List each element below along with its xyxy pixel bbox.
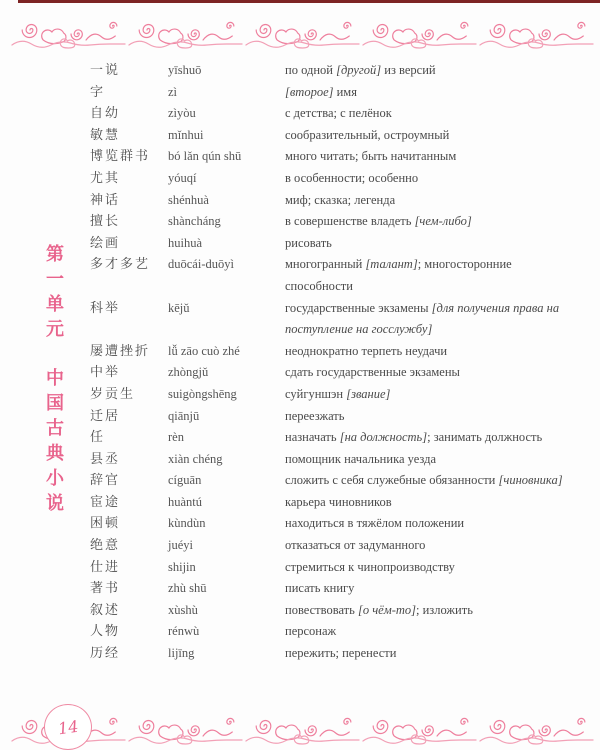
hanzi-text: 屡遭挫折 bbox=[90, 341, 168, 363]
hanzi-text: 自幼 bbox=[90, 103, 168, 125]
pinyin-text: zhù shū bbox=[168, 578, 285, 600]
pinyin-text: shàncháng bbox=[168, 211, 285, 233]
vocab-row: 一说 yīshuō по одной [другой] из версий bbox=[90, 60, 578, 82]
translation-text: повествовать [о чём-то]; изложить bbox=[285, 600, 578, 622]
pinyin-text: xùshù bbox=[168, 600, 285, 622]
vocab-row: 神话 shénhuà миф; сказка; легенда bbox=[90, 190, 578, 212]
vocab-row: 敏慧 mǐnhui сообразительный, остроумный bbox=[90, 125, 578, 147]
hanzi-text: 一说 bbox=[90, 60, 168, 82]
top-cloud-border bbox=[10, 14, 595, 50]
translation-text: сдать государственные экзамены bbox=[285, 362, 578, 384]
pinyin-text: qiānjū bbox=[168, 406, 285, 428]
translation-text: по одной [другой] из версий bbox=[285, 60, 578, 82]
vocab-row: 博览群书 bó lǎn qún shū много читать; быть н… bbox=[90, 146, 578, 168]
vocab-row: 科举 kējǔ государственные экзамены [для по… bbox=[90, 298, 578, 341]
translation-text: сложить с себя служебные обязанности [чи… bbox=[285, 470, 578, 492]
hanzi-text: 科举 bbox=[90, 298, 168, 320]
top-rule-line bbox=[18, 0, 600, 3]
pinyin-text: shijin bbox=[168, 557, 285, 579]
vocab-row: 尤其 yóuqí в особенности; особенно bbox=[90, 168, 578, 190]
translation-text: в особенности; особенно bbox=[285, 168, 578, 190]
cloud-scroll-ornament-icon bbox=[10, 710, 595, 746]
hanzi-text: 尤其 bbox=[90, 168, 168, 190]
translation-text: многогранный [талант]; многосторонние сп… bbox=[285, 254, 578, 297]
pinyin-text: kējǔ bbox=[168, 298, 285, 320]
pinyin-text: zhòngjǔ bbox=[168, 362, 285, 384]
hanzi-text: 多才多艺 bbox=[90, 254, 168, 276]
vocab-row: 困顿 kùndùn находиться в тяжёлом положении bbox=[90, 513, 578, 535]
vocab-row: 人物 rénwù персонаж bbox=[90, 621, 578, 643]
vocab-list: 一说 yīshuō по одной [другой] из версий 字 … bbox=[90, 60, 578, 665]
cloud-scroll-ornament-icon bbox=[10, 14, 595, 50]
hanzi-text: 中举 bbox=[90, 362, 168, 384]
pinyin-text: zìyòu bbox=[168, 103, 285, 125]
pinyin-text: zì bbox=[168, 82, 285, 104]
translation-text: суйгуншэн [звание] bbox=[285, 384, 578, 406]
hanzi-text: 神话 bbox=[90, 190, 168, 212]
translation-text: пережить; перенести bbox=[285, 643, 578, 665]
hanzi-text: 仕进 bbox=[90, 557, 168, 579]
hanzi-text: 县丞 bbox=[90, 449, 168, 471]
pinyin-text: huihuà bbox=[168, 233, 285, 255]
book-page: 第一单元 中国古典小说 一说 yīshuō по одной [другой] … bbox=[0, 0, 600, 750]
vocab-row: 宦途 huàntú карьера чиновников bbox=[90, 492, 578, 514]
translation-text: [второе] имя bbox=[285, 82, 578, 104]
translation-text: переезжать bbox=[285, 406, 578, 428]
bottom-cloud-border bbox=[10, 710, 595, 746]
translation-text: находиться в тяжёлом положении bbox=[285, 513, 578, 535]
pinyin-text: cíguān bbox=[168, 470, 285, 492]
translation-text: писать книгу bbox=[285, 578, 578, 600]
pinyin-text: rèn bbox=[168, 427, 285, 449]
hanzi-text: 辞官 bbox=[90, 470, 168, 492]
hanzi-text: 迁居 bbox=[90, 406, 168, 428]
translation-text: много читать; быть начитанным bbox=[285, 146, 578, 168]
translation-text: государственные экзамены [для получения … bbox=[285, 298, 578, 341]
translation-text: карьера чиновников bbox=[285, 492, 578, 514]
hanzi-text: 困顿 bbox=[90, 513, 168, 535]
hanzi-text: 任 bbox=[90, 427, 168, 449]
hanzi-text: 绝意 bbox=[90, 535, 168, 557]
translation-text: сообразительный, остроумный bbox=[285, 125, 578, 147]
vocab-row: 仕进 shijin стремиться к чинопроизводству bbox=[90, 557, 578, 579]
vocab-row: 岁贡生 suigòngshēng суйгуншэн [звание] bbox=[90, 384, 578, 406]
page-number-badge: 14 bbox=[44, 704, 92, 750]
hanzi-text: 字 bbox=[90, 82, 168, 104]
hanzi-text: 擅长 bbox=[90, 211, 168, 233]
translation-text: назначать [на должность]; занимать должн… bbox=[285, 427, 578, 449]
translation-text: рисовать bbox=[285, 233, 578, 255]
translation-text: миф; сказка; легенда bbox=[285, 190, 578, 212]
translation-text: стремиться к чинопроизводству bbox=[285, 557, 578, 579]
pinyin-text: juéyi bbox=[168, 535, 285, 557]
hanzi-text: 历经 bbox=[90, 643, 168, 665]
vocab-row: 字 zì [второе] имя bbox=[90, 82, 578, 104]
pinyin-text: duōcái-duōyì bbox=[168, 254, 285, 276]
hanzi-text: 宦途 bbox=[90, 492, 168, 514]
pinyin-text: lijīng bbox=[168, 643, 285, 665]
hanzi-text: 敏慧 bbox=[90, 125, 168, 147]
sidebar-unit-label: 第一单元 bbox=[40, 244, 66, 344]
translation-text: помощник начальника уезда bbox=[285, 449, 578, 471]
hanzi-text: 叙述 bbox=[90, 600, 168, 622]
hanzi-text: 著书 bbox=[90, 578, 168, 600]
pinyin-text: lǚ zāo cuò zhé bbox=[168, 341, 285, 363]
pinyin-text: bó lǎn qún shū bbox=[168, 146, 285, 168]
vocab-row: 擅长 shàncháng в совершенстве владеть [чем… bbox=[90, 211, 578, 233]
sidebar-series-title: 中国古典小说 bbox=[40, 368, 66, 518]
vocab-row: 任 rèn назначать [на должность]; занимать… bbox=[90, 427, 578, 449]
pinyin-text: shénhuà bbox=[168, 190, 285, 212]
vocab-row: 历经 lijīng пережить; перенести bbox=[90, 643, 578, 665]
vocab-row: 自幼 zìyòu с детства; с пелёнок bbox=[90, 103, 578, 125]
hanzi-text: 博览群书 bbox=[90, 146, 168, 168]
pinyin-text: xiàn chéng bbox=[168, 449, 285, 471]
hanzi-text: 人物 bbox=[90, 621, 168, 643]
pinyin-text: rénwù bbox=[168, 621, 285, 643]
vocab-row: 著书 zhù shū писать книгу bbox=[90, 578, 578, 600]
vocab-row: 县丞 xiàn chéng помощник начальника уезда bbox=[90, 449, 578, 471]
page-number: 14 bbox=[57, 716, 80, 738]
translation-text: неоднократно терпеть неудачи bbox=[285, 341, 578, 363]
pinyin-text: suigòngshēng bbox=[168, 384, 285, 406]
vocab-row: 辞官 cíguān сложить с себя служебные обяза… bbox=[90, 470, 578, 492]
pinyin-text: huàntú bbox=[168, 492, 285, 514]
pinyin-text: yóuqí bbox=[168, 168, 285, 190]
hanzi-text: 绘画 bbox=[90, 233, 168, 255]
vocab-row: 绝意 juéyi отказаться от задуманного bbox=[90, 535, 578, 557]
translation-text: в совершенстве владеть [чем-либо] bbox=[285, 211, 578, 233]
vocab-row: 屡遭挫折 lǚ zāo cuò zhé неоднократно терпеть… bbox=[90, 341, 578, 363]
hanzi-text: 岁贡生 bbox=[90, 384, 168, 406]
translation-text: персонаж bbox=[285, 621, 578, 643]
translation-text: отказаться от задуманного bbox=[285, 535, 578, 557]
pinyin-text: yīshuō bbox=[168, 60, 285, 82]
translation-text: с детства; с пелёнок bbox=[285, 103, 578, 125]
vocab-row: 叙述 xùshù повествовать [о чём-то]; изложи… bbox=[90, 600, 578, 622]
vocab-row: 迁居 qiānjū переезжать bbox=[90, 406, 578, 428]
pinyin-text: kùndùn bbox=[168, 513, 285, 535]
vocab-row: 中举 zhòngjǔ сдать государственные экзамен… bbox=[90, 362, 578, 384]
vocab-row: 多才多艺 duōcái-duōyì многогранный [талант];… bbox=[90, 254, 578, 297]
pinyin-text: mǐnhui bbox=[168, 125, 285, 147]
vocab-row: 绘画 huihuà рисовать bbox=[90, 233, 578, 255]
